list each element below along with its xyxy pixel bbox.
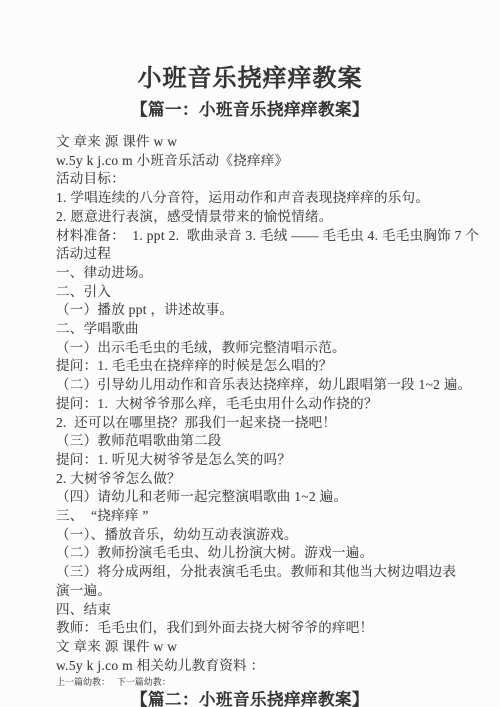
doc-line-process-heading: 活动过程 bbox=[56, 245, 492, 264]
doc-line-play-2: （二）教师扮演毛毛虫、幼儿扮演大树。游戏一遍。 bbox=[56, 544, 492, 563]
doc-line-source-url: w.5y k j.co m 小班音乐活动《挠痒痒》 bbox=[56, 152, 492, 171]
doc-line-step-2: 二、引入 bbox=[56, 283, 492, 302]
doc-line-step-sing: 二、学唱歌曲 bbox=[56, 320, 492, 339]
doc-line-related-resources: w.5y k j.co m 相关幼儿教育资料 ： bbox=[56, 657, 492, 676]
doc-line-source-credit-2: 文 章来 源 课件 w w bbox=[56, 638, 492, 657]
doc-line-question-3: 提问：1. 听见大树爷爷是怎么笑的吗？ bbox=[56, 451, 492, 470]
doc-line-sing-2: （二）引导幼儿用动作和音乐表达挠痒痒，幼儿跟唱第一段 1~2 遍。 bbox=[56, 376, 492, 395]
part1-heading: 【篇一：小班音乐挠痒痒教案】 bbox=[0, 100, 500, 120]
doc-line-play-3-cont: 演一遍。 bbox=[56, 582, 492, 601]
doc-line-goal-2: 2. 愿意进行表演，感受情景带来的愉悦情绪。 bbox=[56, 208, 492, 227]
doc-line-step-2-1: （一）播放 ppt ，讲述故事。 bbox=[56, 301, 492, 320]
doc-line-step-4: 四、结束 bbox=[56, 601, 492, 620]
doc-line-step-3-heading: 三、 “挠痒痒 ” bbox=[56, 507, 492, 526]
doc-line-question-3b: 2. 大树爷爷怎么做？ bbox=[56, 470, 492, 489]
doc-line-source-credit: 文 章来 源 课件 w w bbox=[56, 133, 492, 152]
doc-line-sing-3: （三）教师范唱歌曲第二段 bbox=[56, 432, 492, 451]
scanned-document-page: 小班音乐挠痒痒教案 【篇一：小班音乐挠痒痒教案】 文 章来 源 课件 w w w… bbox=[0, 0, 500, 707]
doc-line-step-1: 一、律动进场。 bbox=[56, 264, 492, 283]
doc-line-question-1: 提问：1. 毛毛虫在挠痒痒的时候是怎么唱的？ bbox=[56, 357, 492, 376]
document-body: 文 章来 源 课件 w w w.5y k j.co m 小班音乐活动《挠痒痒》 … bbox=[0, 133, 500, 675]
doc-line-goal-1: 1. 学唱连续的八分音符，运用动作和声音表现挠痒痒的乐句。 bbox=[56, 189, 492, 208]
document-title: 小班音乐挠痒痒教案 bbox=[0, 0, 500, 94]
doc-line-sing-4: （四）请幼儿和老师一起完整演唱歌曲 1~2 遍。 bbox=[56, 488, 492, 507]
doc-line-play-3: （三）将分成两组，分批表演毛毛虫。教师和其他当大树边唱边表 bbox=[56, 563, 492, 582]
doc-line-goals-heading: 活动目标： bbox=[56, 170, 492, 189]
doc-line-question-2: 提问：1. 大树爷爷那么痒，毛毛虫用什么动作挠的？ bbox=[56, 395, 492, 414]
doc-line-materials: 材料准备： 1. ppt 2. 歌曲录音 3. 毛绒 —— 毛毛虫 4. 毛毛虫… bbox=[56, 227, 492, 246]
prev-next-links: 上一篇幼教： 下一篇幼教： bbox=[0, 677, 500, 688]
part2-heading: 【篇二：小班音乐挠痒痒教案】 bbox=[0, 690, 500, 707]
doc-line-teacher-closing: 教师：毛毛虫们，我们到外面去挠大树爷爷的痒吧！ bbox=[56, 619, 492, 638]
doc-line-sing-1: （一）出示毛毛虫的毛绒，教师完整清唱示范。 bbox=[56, 339, 492, 358]
doc-line-question-2b: 2. 还可以在哪里挠？那我们一起来挠一挠吧！ bbox=[56, 414, 492, 433]
doc-line-play-1: （一）、播放音乐，幼幼互动表演游戏。 bbox=[56, 526, 492, 545]
